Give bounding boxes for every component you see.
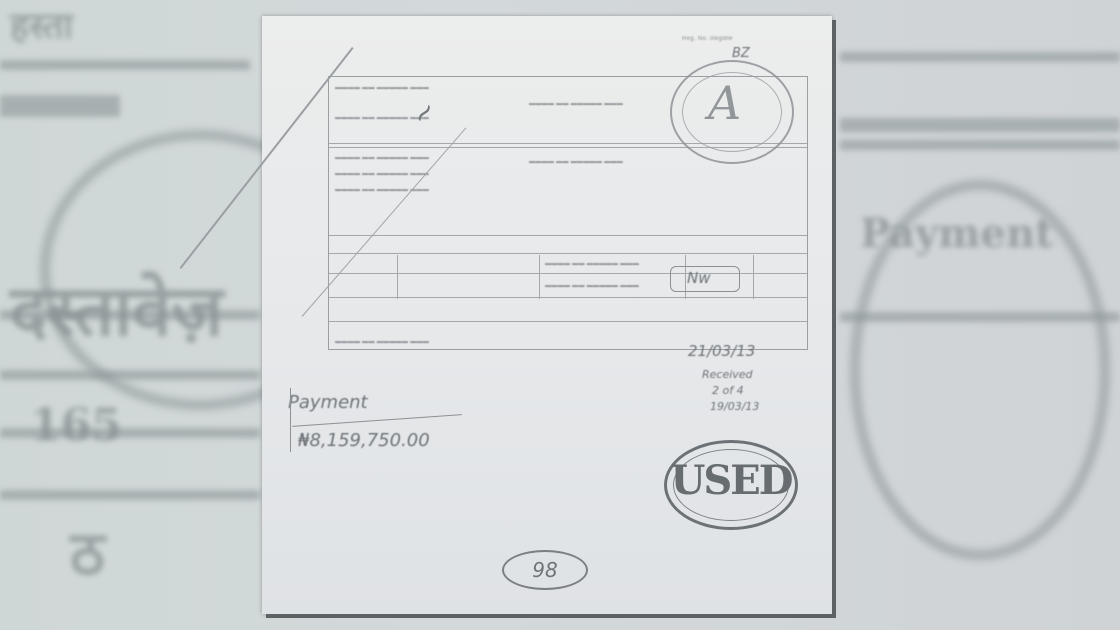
background-line <box>0 95 120 117</box>
payment-label: Payment <box>288 392 368 413</box>
column-divider <box>397 255 398 299</box>
form-field: ▬▬▬▬ ▬▬ ▬▬▬▬▬ ▬▬▬ <box>335 155 429 161</box>
margin-stroke <box>290 388 291 452</box>
background-line <box>0 60 250 70</box>
background-line <box>840 140 1120 150</box>
form-field: ▬▬▬▬ ▬▬ ▬▬▬▬▬ ▬▬▬ <box>335 339 429 345</box>
form-field: ▬▬▬▬ ▬▬ ▬▬▬▬▬ ▬▬▬ <box>529 159 623 165</box>
used-stamp-label: USED <box>667 457 795 504</box>
background-word: 165 <box>30 400 122 451</box>
box-initials: Nw <box>687 269 711 287</box>
form-field: ▬▬▬▬ ▬▬ ▬▬▬▬▬ ▬▬▬ <box>545 283 639 289</box>
note-line: Received <box>702 368 753 381</box>
document-page: Reg. No. illegible BZ ▬▬▬▬ ▬▬ ▬▬▬▬▬ ▬▬▬ … <box>262 16 832 614</box>
header-note: Reg. No. illegible <box>682 36 733 42</box>
top-circular-stamp: A <box>670 60 794 164</box>
form-field: ▬▬▬▬ ▬▬ ▬▬▬▬▬ ▬▬▬ <box>335 85 429 91</box>
background-word: ठ <box>70 510 105 592</box>
background-word: दस्तावेज़ <box>10 260 223 356</box>
row-divider <box>329 253 807 254</box>
used-stamp: USED <box>664 440 798 530</box>
background-line <box>840 118 1120 132</box>
payment-amount: ₦8,159,750.00 <box>298 430 430 451</box>
column-divider <box>753 255 754 299</box>
date-note: 21/03/13 <box>688 342 755 360</box>
top-initials: BZ <box>732 46 750 61</box>
row-divider <box>329 321 807 322</box>
form-field: ▬▬▬▬ ▬▬ ▬▬▬▬▬ ▬▬▬ <box>545 261 639 267</box>
signature-mark-icon: A <box>708 76 741 130</box>
background-word: हस्ता <box>10 0 73 49</box>
page-number: 98 <box>532 558 557 582</box>
column-divider <box>539 255 540 299</box>
background-line <box>0 490 260 500</box>
form-field: ▬▬▬▬ ▬▬ ▬▬▬▬▬ ▬▬▬ <box>335 187 429 193</box>
note-line: 19/03/13 <box>710 400 759 413</box>
background-word: Payment <box>860 210 1054 257</box>
row-divider <box>329 297 807 298</box>
initials-box: Nw <box>670 266 740 292</box>
underline-stroke <box>292 414 462 427</box>
background-line <box>840 52 1120 62</box>
note-line: 2 of 4 <box>712 384 744 397</box>
row-divider <box>329 235 807 236</box>
form-field: ▬▬▬▬ ▬▬ ▬▬▬▬▬ ▬▬▬ <box>529 101 623 107</box>
form-field: ▬▬▬▬ ▬▬ ▬▬▬▬▬ ▬▬▬ <box>335 171 429 177</box>
page-number-circle: 98 <box>502 550 588 590</box>
